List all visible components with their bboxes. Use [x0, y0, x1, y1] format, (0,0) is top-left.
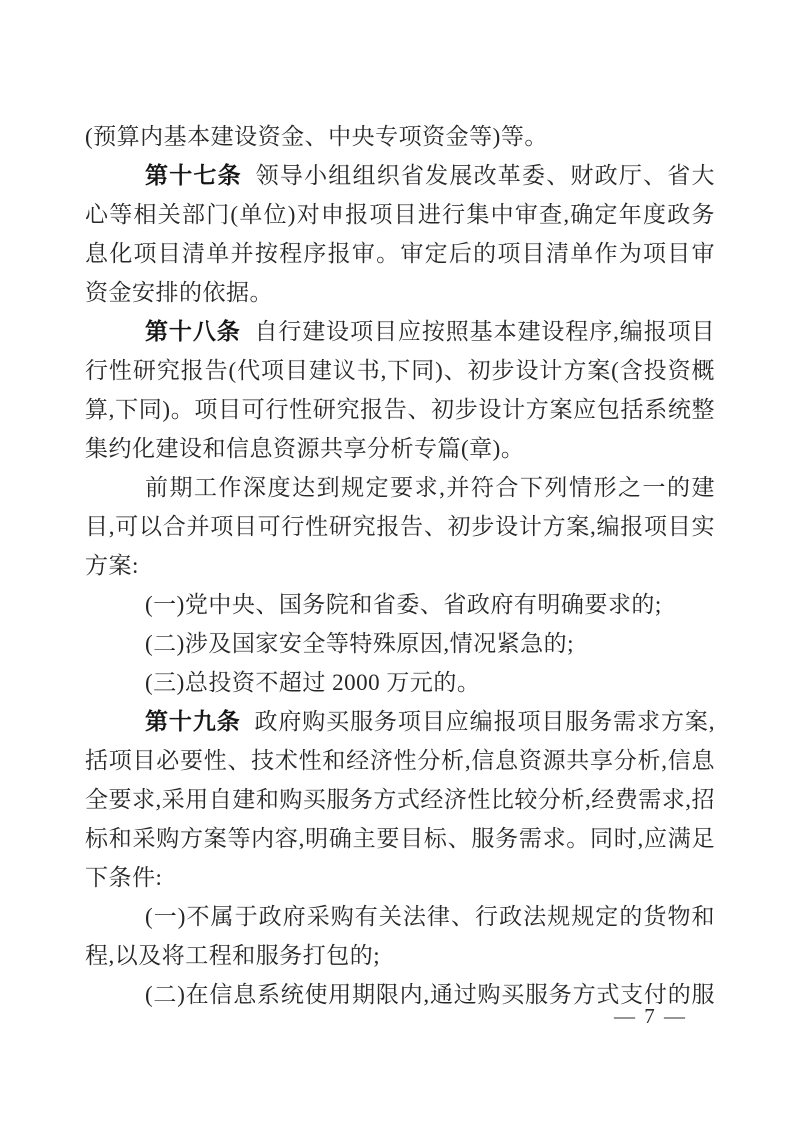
text-line: 目,可以合并项目可行性研究报告、初步设计方案,编报项目实施	[85, 507, 715, 546]
list-item-line: (一)党中央、国务院和省委、省政府有明确要求的;	[85, 585, 715, 624]
text-line: 前期工作深度达到规定要求,并符合下列情形之一的建设项	[85, 468, 715, 507]
list-item-line: (一)不属于政府采购有关法律、行政法规规定的货物和工	[85, 897, 715, 936]
text-line: 资金安排的依据。	[85, 273, 715, 312]
text-line: 标和采购方案等内容,明确主要目标、服务需求。同时,应满足以	[85, 819, 715, 858]
text-line: 全要求,采用自建和购买服务方式经济性比较分析,经费需求,招	[85, 780, 715, 819]
text-line: 方案:	[85, 546, 715, 585]
text-line: 第十九条政府购买服务项目应编报项目服务需求方案,包	[85, 702, 715, 741]
text-line: 心等相关部门(单位)对申报项目进行集中审查,确定年度政务信	[85, 195, 715, 234]
text-line: 息化项目清单并按程序报审。审定后的项目清单作为项目审批和	[85, 234, 715, 273]
text-line: 行性研究报告(代项目建议书,下同)、初步设计方案(含投资概	[85, 351, 715, 390]
text-line: 集约化建设和信息资源共享分析专篇(章)。	[85, 429, 715, 468]
article-heading-17: 第十七条	[145, 163, 242, 188]
document-page: (预算内基本建设资金、中央专项资金等)等。 第十七条领导小组组织省发展改革委、财…	[0, 0, 800, 1131]
text-line: 程,以及将工程和服务打包的;	[85, 936, 715, 975]
text-line: 下条件:	[85, 858, 715, 897]
text-line: 第十七条领导小组组织省发展改革委、财政厅、省大数据中	[85, 156, 715, 195]
article-heading-19: 第十九条	[145, 709, 241, 734]
list-item-line: (二)涉及国家安全等特殊原因,情况紧急的;	[85, 624, 715, 663]
text-line: 括项目必要性、技术性和经济性分析,信息资源共享分析,信息安	[85, 741, 715, 780]
document-body: (预算内基本建设资金、中央专项资金等)等。 第十七条领导小组组织省发展改革委、财…	[85, 117, 715, 1014]
list-item-line: (三)总投资不超过 2000 万元的。	[85, 663, 715, 702]
text-line: 算,下同)。项目可行性研究报告、初步设计方案应包括系统整合、	[85, 390, 715, 429]
page-number: — 7 —	[614, 1001, 687, 1031]
text-line: 第十八条自行建设项目应按照基本建设程序,编报项目可	[85, 312, 715, 351]
text-line: (预算内基本建设资金、中央专项资金等)等。	[85, 117, 715, 156]
article-heading-18: 第十八条	[145, 319, 241, 344]
